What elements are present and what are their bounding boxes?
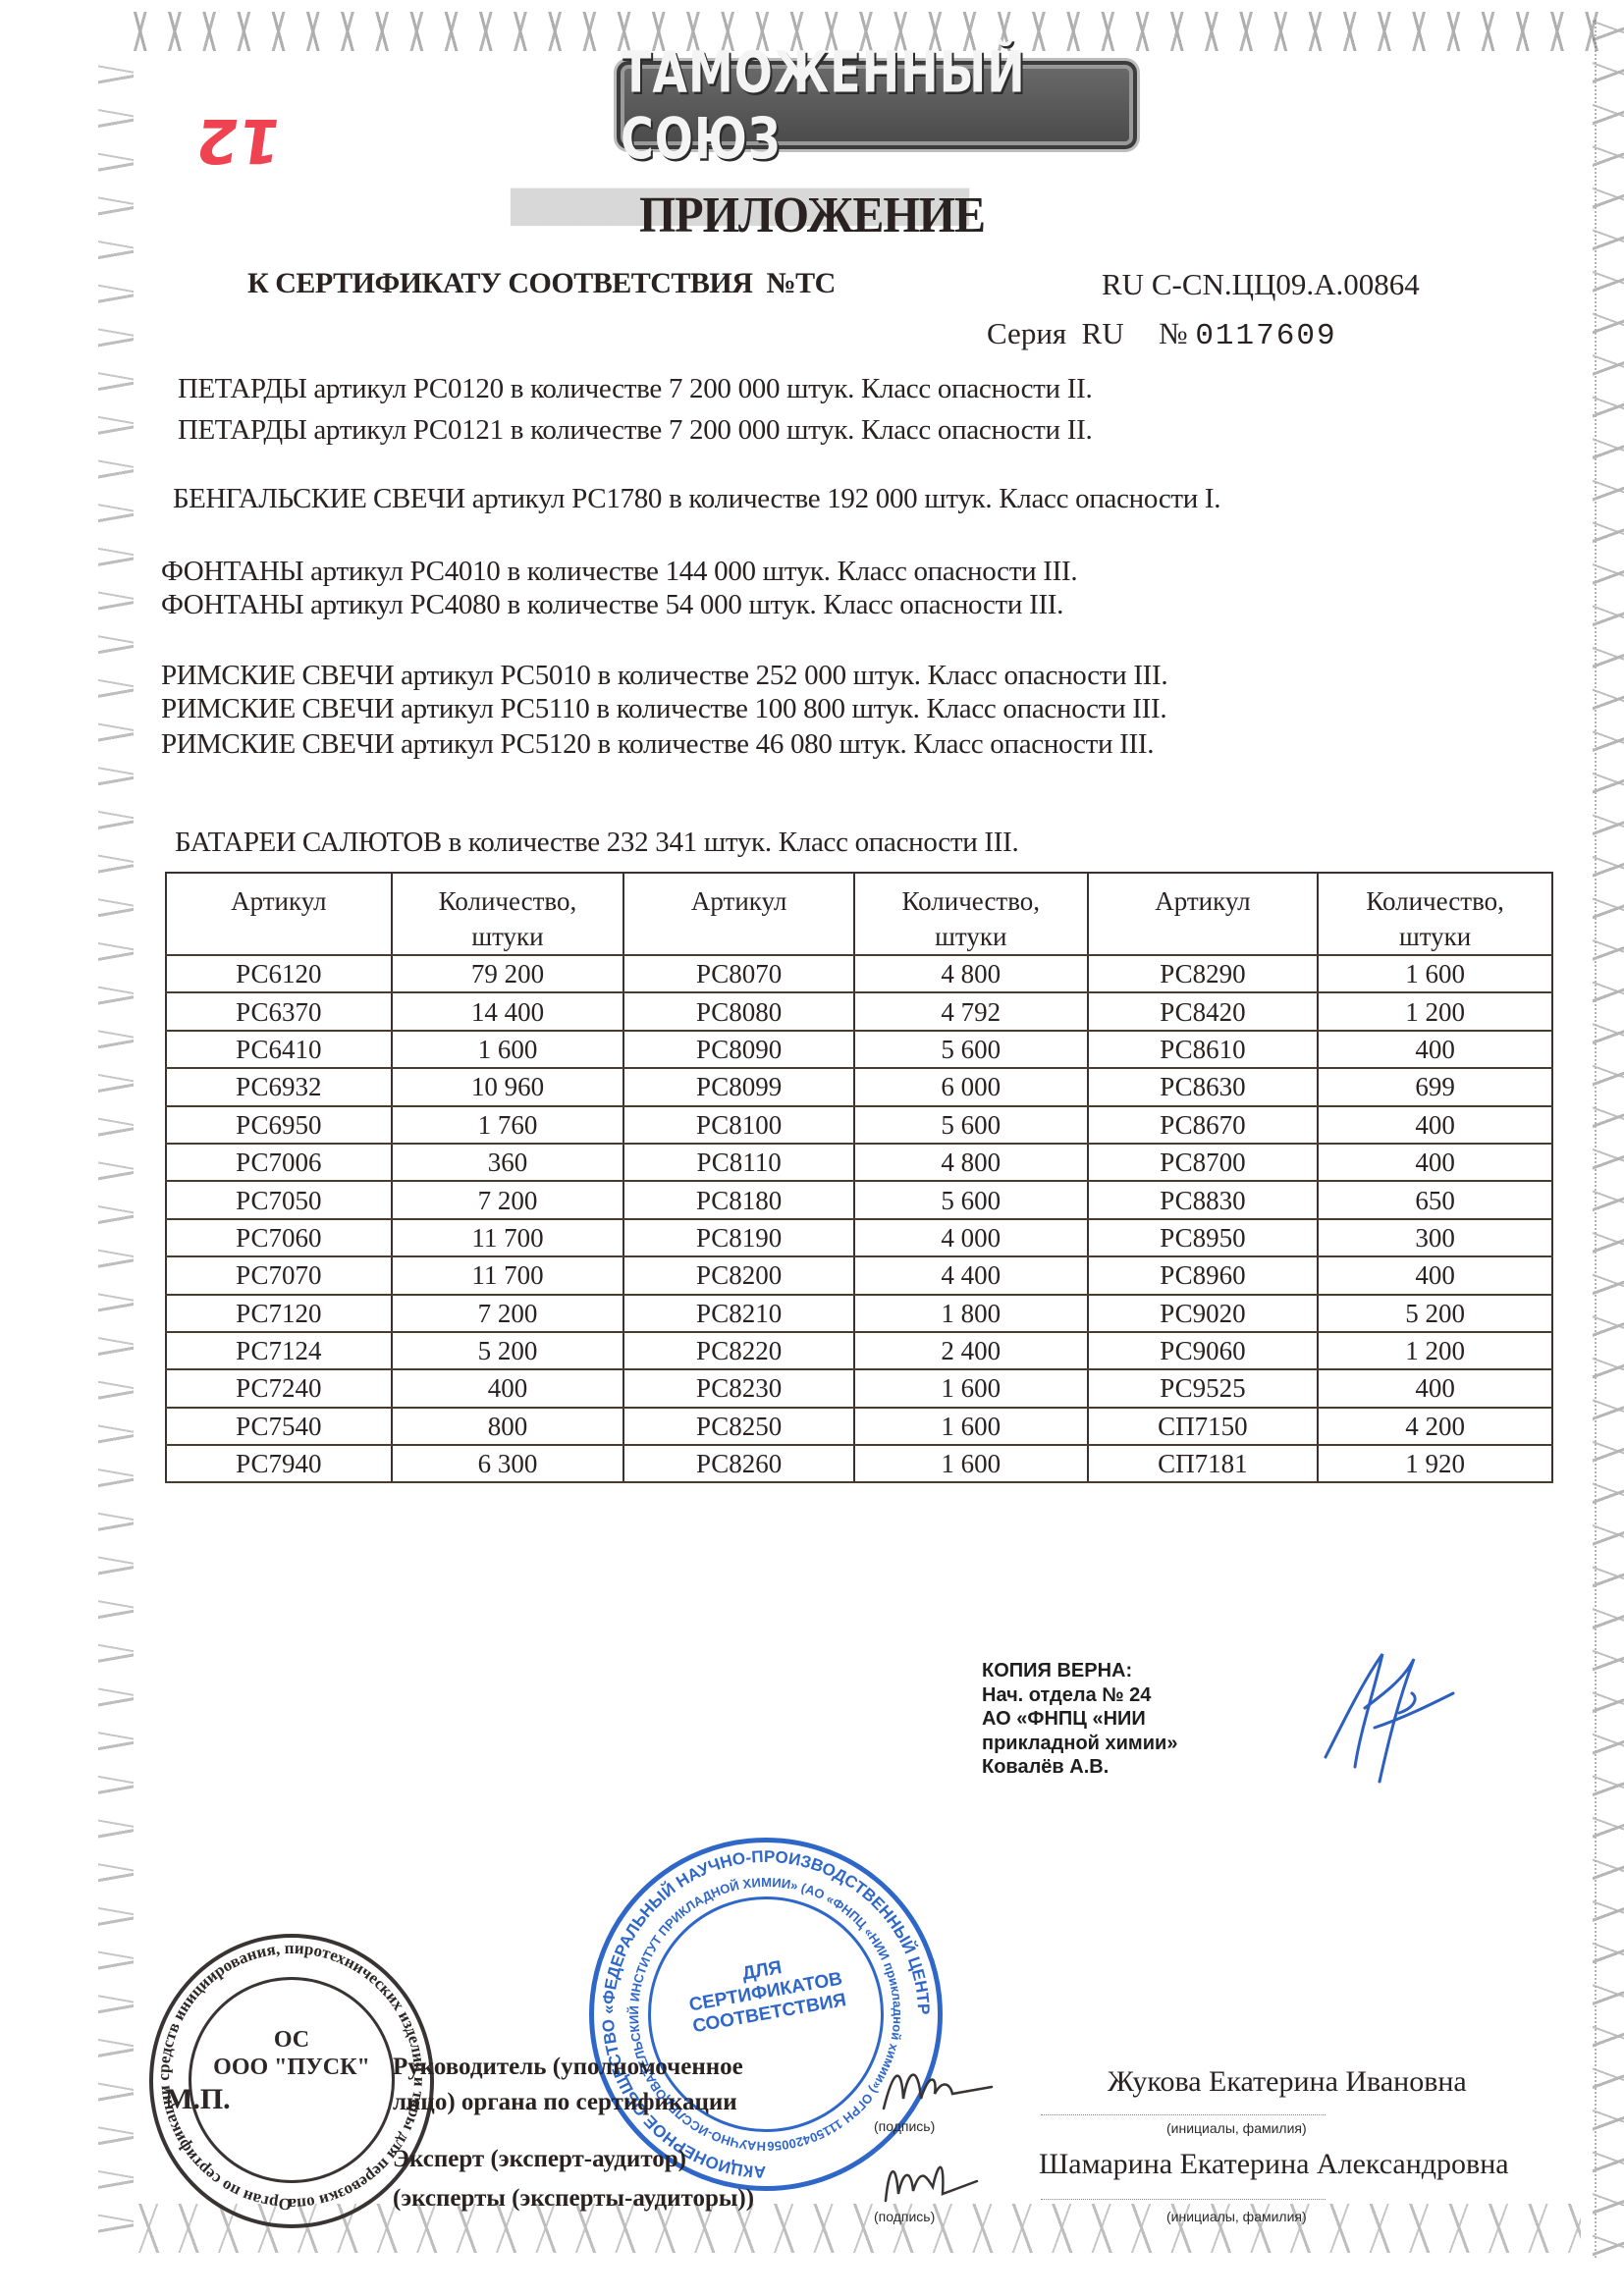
article-cell: РС8960 — [1088, 1256, 1319, 1294]
quantity-cell: 1 920 — [1318, 1445, 1552, 1482]
table-body: РС612079 200РС80704 800РС82901 600РС6370… — [166, 955, 1552, 1482]
table-header-row: Артикул Количество,штуки Артикул Количес… — [166, 873, 1552, 955]
quantity-cell: 5 600 — [854, 1031, 1088, 1068]
table-row: РС70507 200РС81805 600РС8830650 — [166, 1181, 1552, 1218]
table-row: РС69501 760РС81005 600РС8670400 — [166, 1106, 1552, 1144]
product-line: БЕНГАЛЬСКИЕ СВЕЧИ артикул РС1780 в колич… — [173, 483, 1220, 515]
article-cell: РС8080 — [623, 992, 854, 1030]
column-header-article: Артикул — [166, 873, 392, 955]
name-hint: (инициалы, фамилия) — [1166, 2209, 1307, 2224]
certificate-number: RU C-CN.ЦЦ09.А.00864 — [1102, 267, 1420, 302]
quantity-cell: 4 400 — [854, 1256, 1088, 1294]
article-cell: РС8210 — [623, 1295, 854, 1332]
quantity-cell: 699 — [1318, 1068, 1552, 1105]
stamp-fnpc-nii: АКЦИОНЕРНОЕ ОБЩЕСТВО «ФЕДЕРАЛЬНЫЙ НАУЧНО… — [589, 1838, 943, 2191]
article-cell: РС7120 — [166, 1295, 392, 1332]
customs-union-banner: ТАМОЖЕННЫЙ СОЮЗ — [617, 61, 1137, 149]
article-cell: РС8090 — [623, 1031, 854, 1068]
quantity-cell: 4 000 — [854, 1219, 1088, 1256]
article-cell: РС8230 — [623, 1369, 854, 1407]
table-row: РС71245 200РС82202 400РС90601 200 — [166, 1332, 1552, 1369]
quantity-cell: 1 600 — [854, 1369, 1088, 1407]
article-cell: СП7150 — [1088, 1408, 1319, 1445]
quantity-cell: 5 200 — [392, 1332, 624, 1369]
column-header-quantity: Количество,штуки — [854, 873, 1088, 955]
article-cell: РС8830 — [1088, 1181, 1319, 1218]
table-row: РС706011 700РС81904 000РС8950300 — [166, 1219, 1552, 1256]
article-cell: РС8110 — [623, 1144, 854, 1181]
quantity-cell: 6 300 — [392, 1445, 624, 1482]
article-cell: РС8610 — [1088, 1031, 1319, 1068]
table-row: РС7540800РС82501 600СП71504 200 — [166, 1408, 1552, 1445]
quantity-cell: 400 — [392, 1369, 624, 1407]
quantity-cell: 360 — [392, 1144, 624, 1181]
name-hint: (инициалы, фамилия) — [1166, 2120, 1307, 2136]
quantity-cell: 1 600 — [854, 1408, 1088, 1445]
document-title: ПРИЛОЖЕНИЕ — [0, 187, 1624, 244]
product-line: ФОНТАНЫ артикул РС4080 в количестве 54 0… — [161, 589, 1063, 621]
expert-name: Шамарина Екатерина Александровна — [1039, 2148, 1509, 2181]
quantity-cell: 800 — [392, 1408, 624, 1445]
article-cell: РС8250 — [623, 1408, 854, 1445]
quantity-cell: 1 600 — [392, 1031, 624, 1068]
product-line: РИМСКИЕ СВЕЧИ артикул РС5110 в количеств… — [161, 693, 1166, 725]
stamp-pusk-certification-body: Орган по сертификации средств инициирова… — [149, 1934, 434, 2228]
quantity-cell: 7 200 — [392, 1295, 624, 1332]
column-header-quantity: Количество,штуки — [1318, 873, 1552, 955]
quantity-cell: 300 — [1318, 1219, 1552, 1256]
quantity-cell: 4 792 — [854, 992, 1088, 1030]
table-row: РС637014 400РС80804 792РС84201 200 — [166, 992, 1552, 1030]
banner-text: ТАМОЖЕННЫЙ СОЮЗ — [621, 39, 1133, 172]
article-cell: РС8630 — [1088, 1068, 1319, 1105]
quantity-cell: 1 760 — [392, 1106, 624, 1144]
head-name: Жукова Екатерина Ивановна — [1108, 2065, 1467, 2099]
article-cell: РС8220 — [623, 1332, 854, 1369]
column-header-article: Артикул — [623, 873, 854, 955]
quantity-cell: 1 200 — [1318, 992, 1552, 1030]
cert-prefix: №ТС — [766, 267, 835, 299]
article-cell: РС8670 — [1088, 1106, 1319, 1144]
quantity-cell: 1 200 — [1318, 1332, 1552, 1369]
quantity-cell: 1 800 — [854, 1295, 1088, 1332]
article-cell: РС7240 — [166, 1369, 392, 1407]
article-cell: РС8700 — [1088, 1144, 1319, 1181]
product-line: ПЕТАРДЫ артикул РС0120 в количестве 7 20… — [178, 373, 1092, 405]
quantity-cell: 79 200 — [392, 955, 624, 992]
form-number: № 0117609 — [1159, 316, 1337, 353]
column-header-quantity: Количество,штуки — [392, 873, 624, 955]
article-cell: РС8190 — [623, 1219, 854, 1256]
quantity-cell: 400 — [1318, 1106, 1552, 1144]
article-cell: РС8100 — [623, 1106, 854, 1144]
column-header-article: Артикул — [1088, 873, 1319, 955]
article-cell: РС8950 — [1088, 1219, 1319, 1256]
series-value: RU — [1082, 316, 1124, 350]
article-cell: РС8070 — [623, 955, 854, 992]
signature-zhukova — [874, 2059, 1001, 2118]
article-cell: РС6370 — [166, 992, 392, 1030]
document-subtitle: К СЕРТИФИКАТУ СООТВЕТСТВИЯ №ТС — [247, 267, 836, 300]
quantity-cell: 400 — [1318, 1369, 1552, 1407]
guilloche-border-right — [1593, 20, 1624, 2258]
quantity-cell: 11 700 — [392, 1219, 624, 1256]
article-cell: РС6950 — [166, 1106, 392, 1144]
article-cell: РС8180 — [623, 1181, 854, 1218]
article-cell: РС8099 — [623, 1068, 854, 1105]
article-cell: РС6120 — [166, 955, 392, 992]
quantity-cell: 1 600 — [1318, 955, 1552, 992]
article-cell: РС8420 — [1088, 992, 1319, 1030]
article-cell: РС9020 — [1088, 1295, 1319, 1332]
quantity-cell: 1 600 — [854, 1445, 1088, 1482]
quantity-cell: 650 — [1318, 1181, 1552, 1218]
guilloche-border-left — [98, 59, 134, 2238]
quantity-cell: 4 200 — [1318, 1408, 1552, 1445]
quantity-cell: 4 800 — [854, 955, 1088, 992]
batteries-table: Артикул Количество,штуки Артикул Количес… — [165, 872, 1553, 1483]
table-row: РС79406 300РС82601 600СП71811 920 — [166, 1445, 1552, 1482]
product-line: РИМСКИЕ СВЕЧИ артикул РС5010 в количеств… — [161, 660, 1167, 692]
article-cell: РС8260 — [623, 1445, 854, 1482]
stamp-center-text: ОС ООО "ПУСК" — [153, 2026, 430, 2081]
signature-shamarina — [874, 2150, 992, 2209]
quantity-cell: 400 — [1318, 1031, 1552, 1068]
article-cell: РС9060 — [1088, 1332, 1319, 1369]
product-line: ПЕТАРДЫ артикул РС0121 в количестве 7 20… — [178, 414, 1092, 447]
product-line: РИМСКИЕ СВЕЧИ артикул РС5120 в количеств… — [161, 728, 1154, 761]
table-row: РС7006360РС81104 800РС8700400 — [166, 1144, 1552, 1181]
article-cell: РС7060 — [166, 1219, 392, 1256]
signature-kovalev — [1306, 1639, 1473, 1787]
article-cell: СП7181 — [1088, 1445, 1319, 1482]
quantity-cell: 5 600 — [854, 1181, 1088, 1218]
stamp-mp-label: М.П. — [165, 2083, 231, 2116]
signature-hint: (подпись) — [874, 2118, 935, 2134]
copy-certification-note: КОПИЯ ВЕРНА: Нач. отдела № 24 АО «ФНПЦ «… — [982, 1659, 1177, 1780]
batteries-line: БАТАРЕИ САЛЮТОВ в количестве 232 341 шту… — [175, 827, 1018, 859]
article-cell: РС6410 — [166, 1031, 392, 1068]
article-cell: РС7070 — [166, 1256, 392, 1294]
article-cell: РС9525 — [1088, 1369, 1319, 1407]
table-row: РС7240400РС82301 600РС9525400 — [166, 1369, 1552, 1407]
article-cell: РС7050 — [166, 1181, 392, 1218]
article-cell: РС7540 — [166, 1408, 392, 1445]
article-cell: РС7006 — [166, 1144, 392, 1181]
quantity-cell: 5 200 — [1318, 1295, 1552, 1332]
quantity-cell: 400 — [1318, 1144, 1552, 1181]
table-row: РС612079 200РС80704 800РС82901 600 — [166, 955, 1552, 992]
signature-hint: (подпись) — [874, 2209, 935, 2224]
table-row: РС64101 600РС80905 600РС8610400 — [166, 1031, 1552, 1068]
quantity-cell: 6 000 — [854, 1068, 1088, 1105]
table-row: РС707011 700РС82004 400РС8960400 — [166, 1256, 1552, 1294]
series-field: Серия RU — [987, 316, 1124, 351]
quantity-cell: 5 600 — [854, 1106, 1088, 1144]
quantity-cell: 400 — [1318, 1256, 1552, 1294]
article-cell: РС8200 — [623, 1256, 854, 1294]
handwritten-page-mark: 12 — [192, 110, 286, 171]
table-row: РС693210 960РС80996 000РС8630699 — [166, 1068, 1552, 1105]
quantity-cell: 4 800 — [854, 1144, 1088, 1181]
expert-role-label: Эксперт (эксперт-аудитор) (эксперты (экс… — [393, 2140, 754, 2218]
quantity-cell: 2 400 — [854, 1332, 1088, 1369]
head-role-label: Руководитель (уполномоченное лицо) орган… — [393, 2050, 743, 2120]
quantity-cell: 7 200 — [392, 1181, 624, 1218]
article-cell: РС8290 — [1088, 955, 1319, 992]
quantity-cell: 11 700 — [392, 1256, 624, 1294]
quantity-cell: 10 960 — [392, 1068, 624, 1105]
product-line: ФОНТАНЫ артикул РС4010 в количестве 144 … — [161, 556, 1077, 588]
table-row: РС71207 200РС82101 800РС90205 200 — [166, 1295, 1552, 1332]
article-cell: РС7940 — [166, 1445, 392, 1482]
quantity-cell: 14 400 — [392, 992, 624, 1030]
article-cell: РС7124 — [166, 1332, 392, 1369]
article-cell: РС6932 — [166, 1068, 392, 1105]
